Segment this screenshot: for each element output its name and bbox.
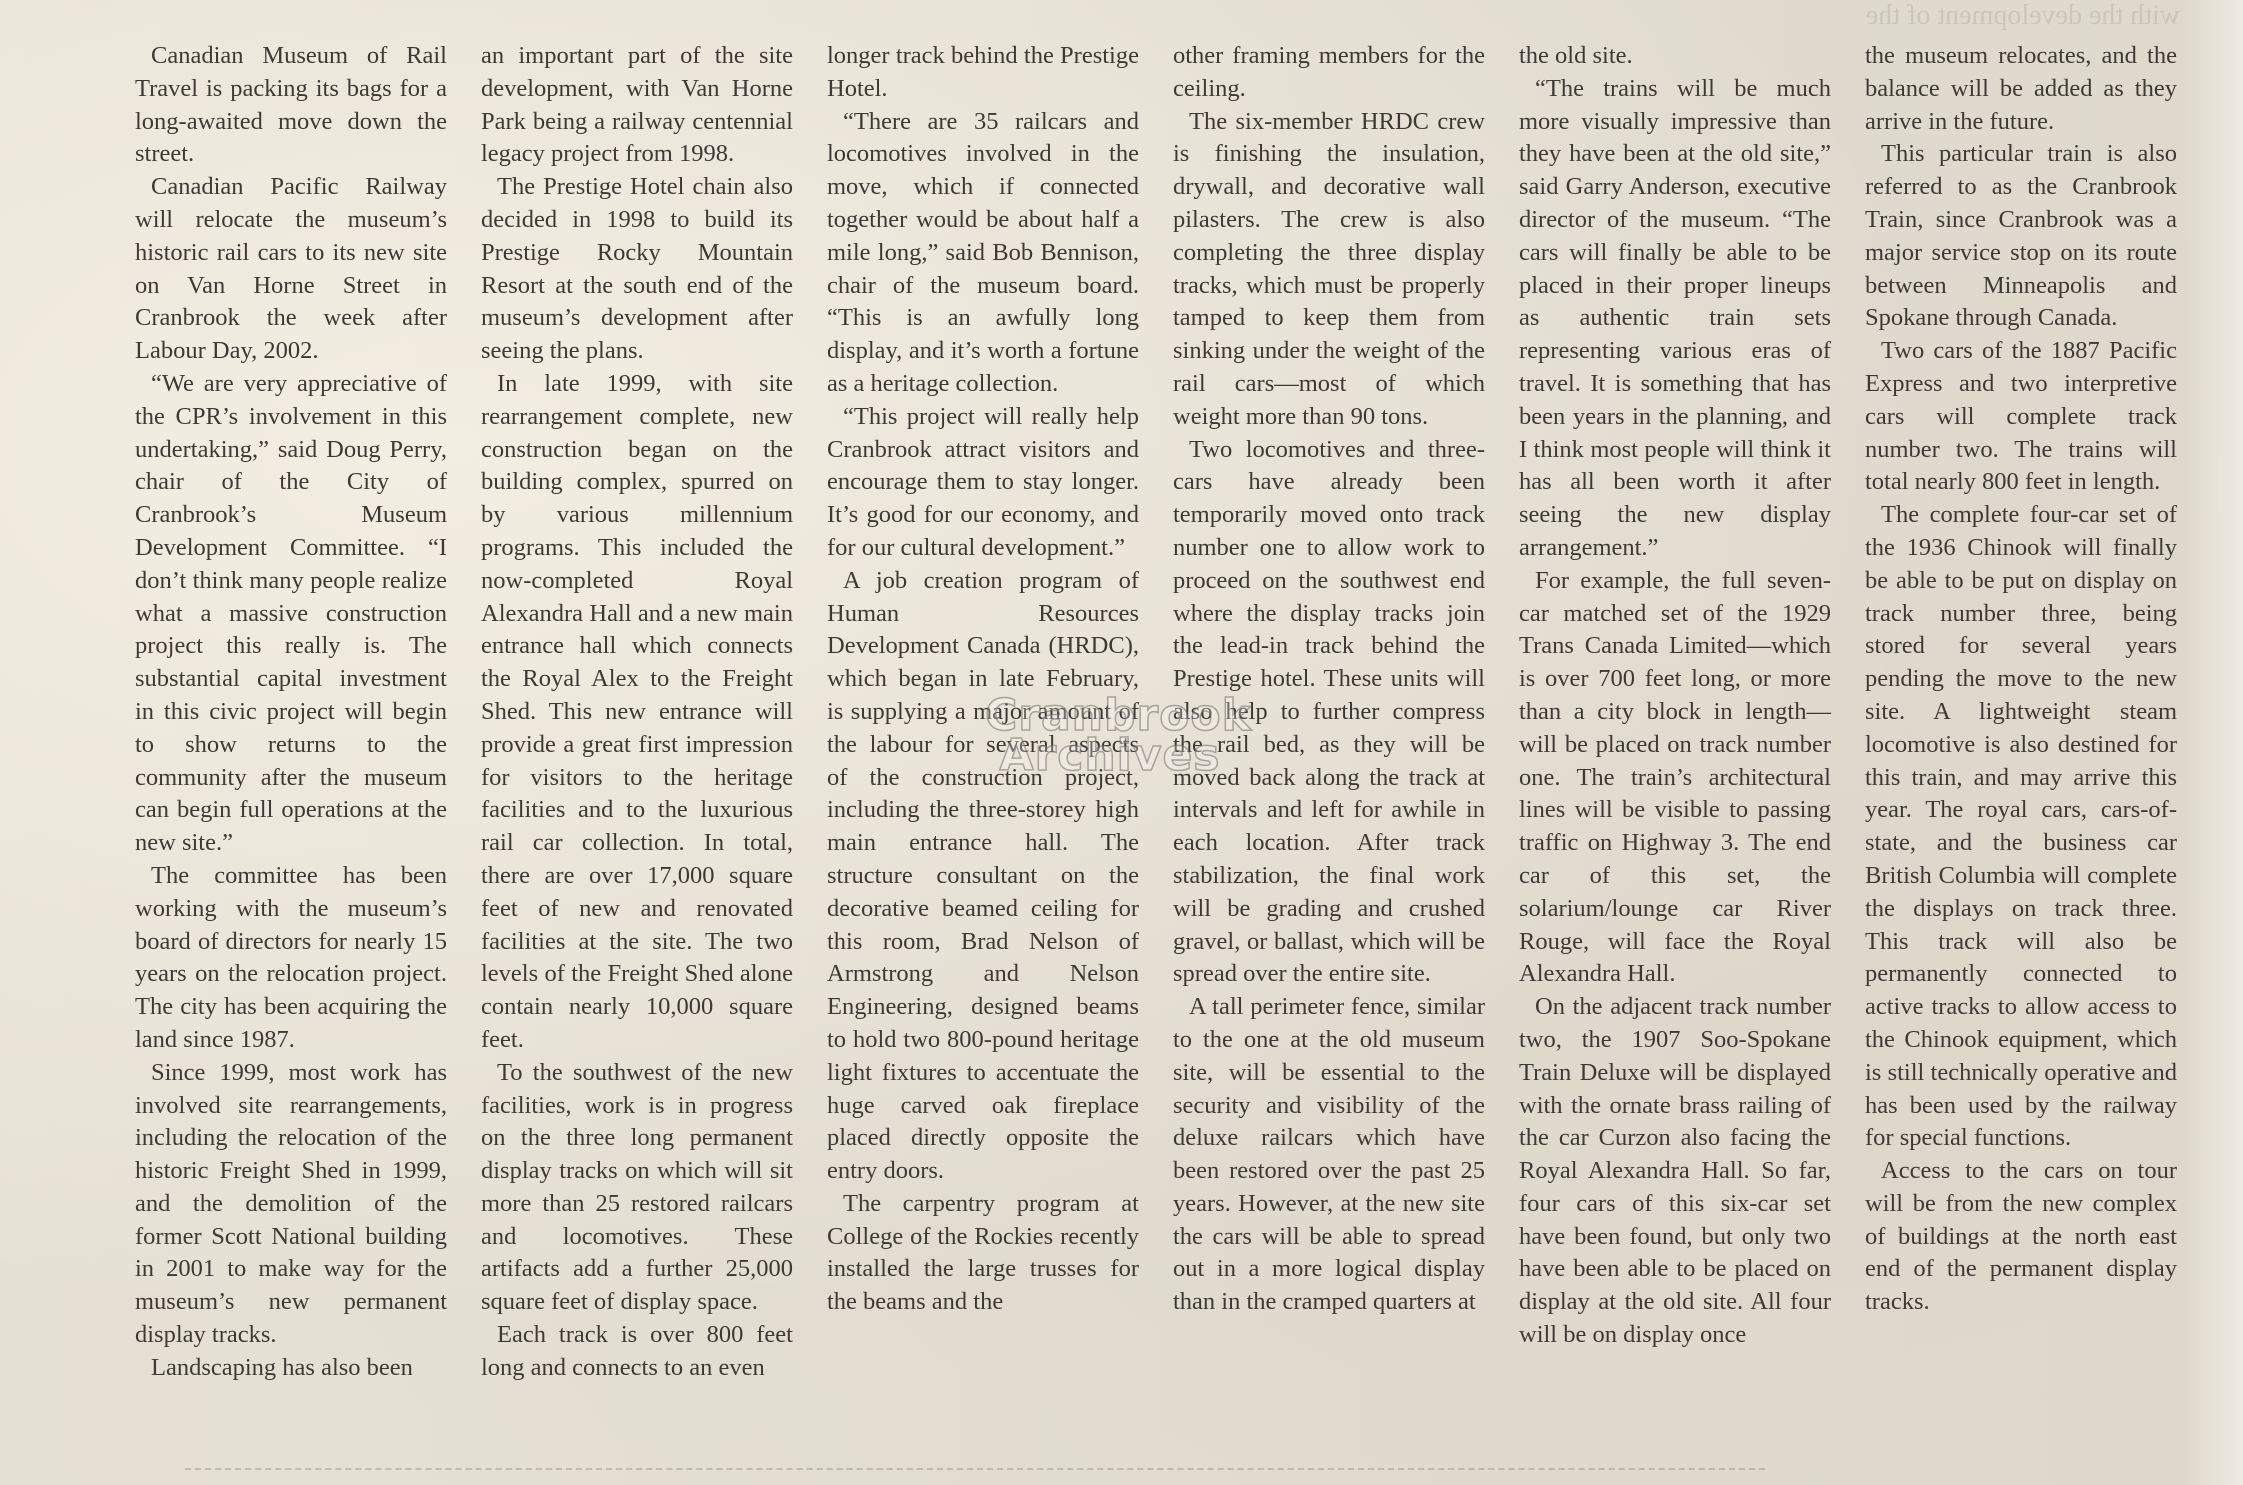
- paragraph-continued: longer track behind the Prestige Hotel.: [827, 40, 1139, 106]
- paragraph: “The trains will be much more visually i…: [1519, 73, 1831, 565]
- paragraph-continued: the old site.: [1519, 40, 1831, 73]
- paragraph: “This project will really help Cranbrook…: [827, 401, 1139, 565]
- paragraph: Landscaping has also been: [135, 1352, 447, 1385]
- article-column-5: the old site. “The trains will be much m…: [1519, 40, 1831, 1440]
- paragraph: Each track is over 800 feet long and con…: [481, 1319, 793, 1385]
- paragraph: Canadian Museum of Rail Travel is packin…: [135, 40, 447, 171]
- paragraph: The carpentry program at College of the …: [827, 1188, 1139, 1319]
- article-column-1: Canadian Museum of Rail Travel is packin…: [135, 40, 447, 1440]
- bottom-divider: [185, 1468, 1765, 1470]
- paragraph: To the southwest of the new facilities, …: [481, 1057, 793, 1319]
- article-column-6: the museum relocates, and the balance wi…: [1865, 40, 2177, 1440]
- paragraph: Access to the cars on tour will be from …: [1865, 1155, 2177, 1319]
- article-column-3: longer track behind the Prestige Hotel. …: [827, 40, 1139, 1440]
- article-column-4: other framing members for the ceiling. T…: [1173, 40, 1485, 1440]
- paragraph: For example, the full seven-car matched …: [1519, 565, 1831, 991]
- paragraph: Two locomotives and three-cars have alre…: [1173, 434, 1485, 992]
- bleed-through-text: with the development of the: [1860, 0, 2180, 30]
- paragraph: A job creation program of Human Resource…: [827, 565, 1139, 1188]
- paragraph: The complete four-car set of the 1936 Ch…: [1865, 499, 2177, 1155]
- paragraph-continued: an important part of the site developmen…: [481, 40, 793, 171]
- paragraph: In late 1999, with site rearrangement co…: [481, 368, 793, 1057]
- article-body: Canadian Museum of Rail Travel is packin…: [135, 40, 2175, 1440]
- paragraph: “There are 35 railcars and locomotives i…: [827, 106, 1139, 401]
- paragraph: “We are very appreciative of the CPR’s i…: [135, 368, 447, 860]
- paragraph: Since 1999, most work has involved site …: [135, 1057, 447, 1352]
- paragraph-continued: other framing members for the ceiling.: [1173, 40, 1485, 106]
- paragraph: The committee has been working with the …: [135, 860, 447, 1057]
- paragraph: On the adjacent track number two, the 19…: [1519, 991, 1831, 1352]
- article-column-2: an important part of the site developmen…: [481, 40, 793, 1440]
- paragraph: Canadian Pacific Railway will relocate t…: [135, 171, 447, 368]
- paragraph: Two cars of the 1887 Pacific Express and…: [1865, 335, 2177, 499]
- paragraph: This particular train is also referred t…: [1865, 138, 2177, 335]
- paragraph: The six-member HRDC crew is finishing th…: [1173, 106, 1485, 434]
- paragraph-continued: the museum relocates, and the balance wi…: [1865, 40, 2177, 138]
- paragraph: The Prestige Hotel chain also decided in…: [481, 171, 793, 368]
- paper-edge-shading: [2183, 0, 2243, 1485]
- paragraph: A tall perimeter fence, similar to the o…: [1173, 991, 1485, 1319]
